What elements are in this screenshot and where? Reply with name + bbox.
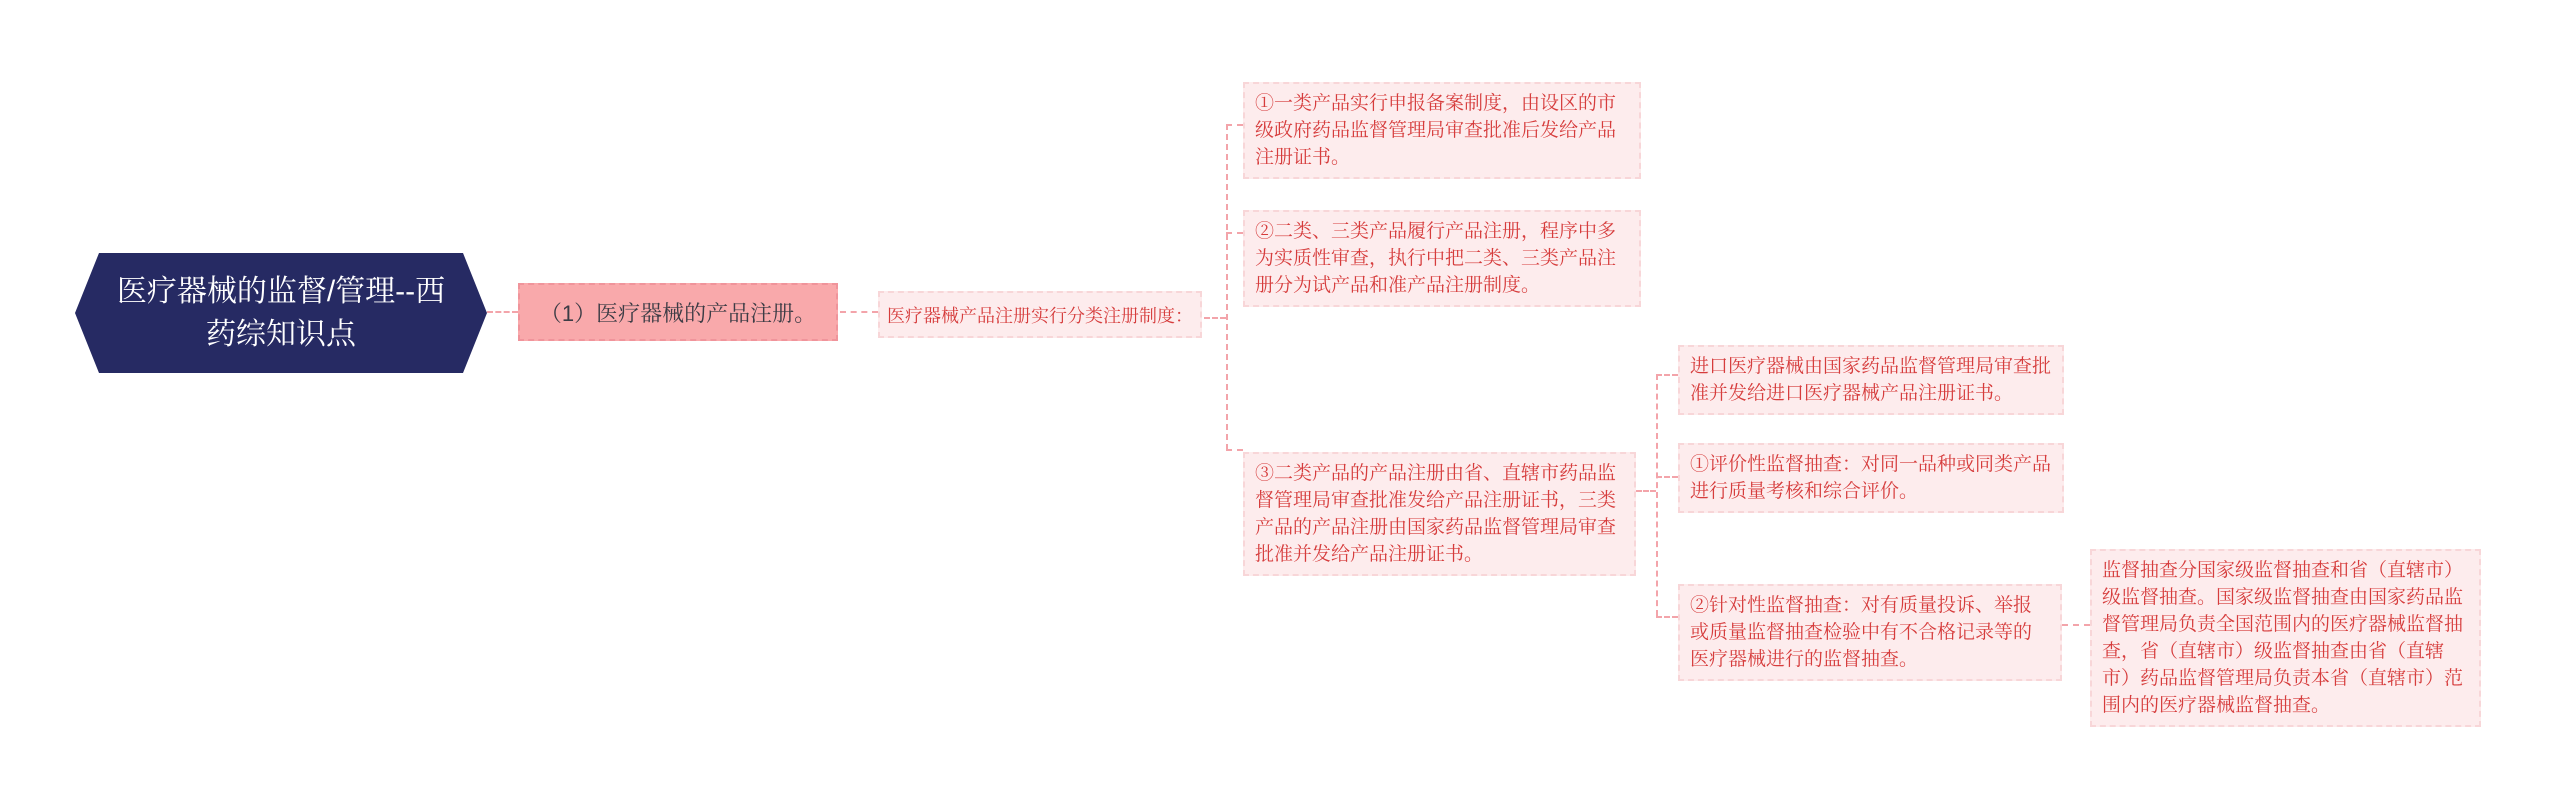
leaf-node-evaluative-sampling: ①评价性监督抽查：对同一品种或同类产品进行质量考核和综合评价。 [1678,443,2064,513]
subtopic-node-classified-registration: 医疗器械产品注册实行分类注册制度： [878,291,1202,338]
connector-trunk2-to-targeted [1656,616,1678,618]
leaf-node-class2-3-approval-authority: ③二类产品的产品注册由省、直辖市药品监督管理局审查批准发给产品注册证书，三类产品… [1243,452,1636,576]
leaf-node-import-devices: 进口医疗器械由国家药品监督管理局审查批准并发给进口医疗器械产品注册证书。 [1678,345,2064,415]
root-node: 医疗器械的监督/管理--西药综知识点 [75,253,487,373]
leaf-node-sampling-levels-detail: 监督抽查分国家级监督抽查和省（直辖市）级监督抽查。国家级监督抽查由国家药品监督管… [2090,549,2481,727]
leaf-node-targeted-sampling: ②针对性监督抽查：对有质量投诉、举报或质量监督抽查检验中有不合格记录等的医疗器械… [1678,584,2062,681]
connector-targeted-to-detail [2062,624,2090,626]
mindmap-canvas: 医疗器械的监督/管理--西药综知识点 （1）医疗器械的产品注册。 医疗器械产品注… [0,0,2560,792]
connector-trunk2-to-evaluative [1656,476,1678,478]
topic-node-label: （1）医疗器械的产品注册。 [540,297,816,328]
leaf-node-class1-registration: ①一类产品实行申报备案制度，由设区的市级政府药品监督管理局审查批准后发给产品注册… [1243,82,1641,179]
connector-topic-to-subtopic [840,311,878,313]
connector-trunk1-to-class1 [1226,124,1243,126]
topic-node-product-registration: （1）医疗器械的产品注册。 [518,283,838,341]
connector-root-to-topic [487,311,518,313]
subtopic-node-label: 医疗器械产品注册实行分类注册制度： [887,302,1193,328]
connector-trunk1-to-class2-3 [1226,232,1243,234]
connector-trunk2-to-import [1656,374,1678,376]
connector-trunk1-to-approval [1226,449,1243,451]
trunk2-vertical-line [1656,374,1658,616]
root-node-label: 医疗器械的监督/管理--西药综知识点 [103,270,459,357]
connector-approval-to-trunk2 [1636,490,1656,492]
trunk1-vertical-line [1226,124,1228,450]
connector-subtopic-to-trunk1 [1204,317,1226,319]
leaf-node-class2-3-registration: ②二类、三类产品履行产品注册，程序中多为实质性审查，执行中把二类、三类产品注册分… [1243,210,1641,307]
